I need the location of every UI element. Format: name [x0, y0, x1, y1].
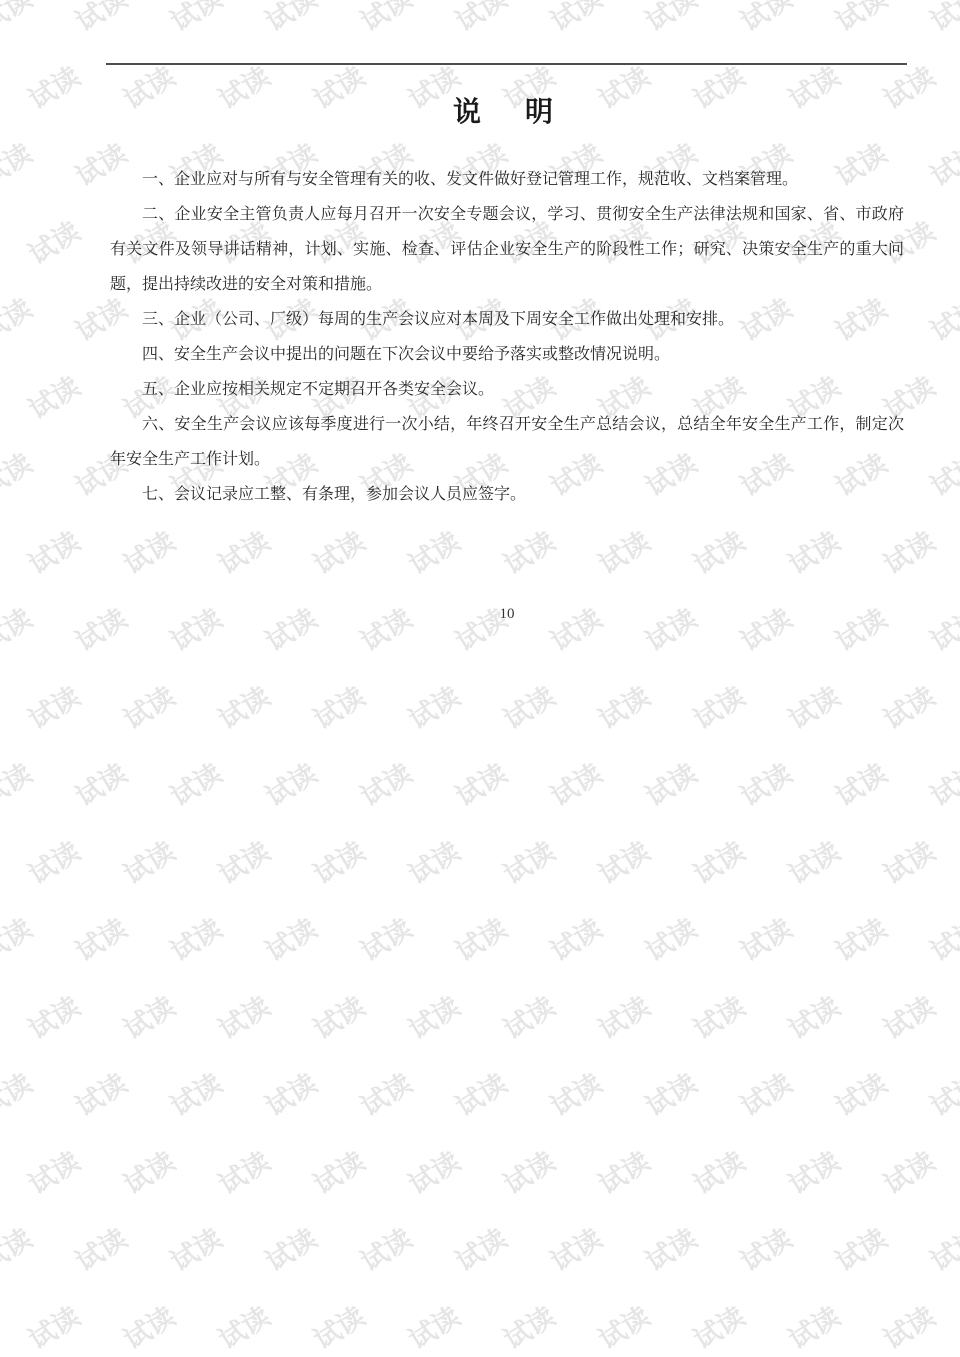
watermark-text: 试读	[922, 907, 960, 969]
watermark-text: 试读	[0, 752, 38, 814]
watermark-text: 试读	[20, 1140, 86, 1202]
watermark-text: 试读	[922, 0, 960, 39]
watermark-text: 试读	[922, 442, 960, 504]
body-paragraph: 二、企业安全主管负责人应每月召开一次安全专题会议，学习、贯彻安全生产法律法规和国…	[110, 197, 904, 302]
watermark-text: 试读	[922, 1062, 960, 1124]
header-rule	[106, 63, 907, 65]
watermark-text: 试读	[20, 55, 86, 117]
watermark-text: 试读	[922, 597, 960, 659]
document-page: 试读试读试读试读试读试读试读试读试读试读试读试读试读试读试读试读试读试读试读试读…	[0, 0, 960, 1357]
watermark-text: 试读	[20, 210, 86, 272]
watermark-text: 试读	[0, 0, 38, 39]
page-content: 说 明 一、企业应对与所有与安全管理有关的收、发文件做好登记管理工作，规范收、文…	[106, 0, 908, 1357]
watermark-text: 试读	[922, 132, 960, 194]
body-paragraph: 七、会议记录应工整、有条理，参加会议人员应签字。	[110, 477, 904, 512]
watermark-text: 试读	[922, 287, 960, 349]
watermark-text: 试读	[0, 132, 38, 194]
body-text: 一、企业应对与所有与安全管理有关的收、发文件做好登记管理工作，规范收、文档案管理…	[110, 162, 904, 512]
watermark-text: 试读	[20, 985, 86, 1047]
watermark-text: 试读	[922, 752, 960, 814]
watermark-text: 试读	[20, 1295, 86, 1357]
watermark-text: 试读	[20, 675, 86, 737]
watermark-text: 试读	[0, 287, 38, 349]
watermark-text: 试读	[20, 365, 86, 427]
body-paragraph: 三、企业（公司、厂级）每周的生产会议应对本周及下周安全工作做出处理和安排。	[110, 302, 904, 337]
body-paragraph: 六、安全生产会议应该每季度进行一次小结，年终召开安全生产总结会议，总结全年安全生…	[110, 407, 904, 477]
watermark-text: 试读	[0, 597, 38, 659]
watermark-text: 试读	[20, 520, 86, 582]
watermark-text: 试读	[0, 907, 38, 969]
watermark-text: 试读	[0, 1062, 38, 1124]
watermark-text: 试读	[0, 442, 38, 504]
page-number: 10	[106, 606, 908, 623]
body-paragraph: 五、企业应按相关规定不定期召开各类安全会议。	[110, 372, 904, 407]
page-title: 说 明	[106, 90, 908, 130]
body-paragraph: 四、安全生产会议中提出的问题在下次会议中要给予落实或整改情况说明。	[110, 337, 904, 372]
watermark-text: 试读	[20, 830, 86, 892]
watermark-text: 试读	[922, 1217, 960, 1279]
watermark-text: 试读	[0, 1217, 38, 1279]
body-paragraph: 一、企业应对与所有与安全管理有关的收、发文件做好登记管理工作，规范收、文档案管理…	[110, 162, 904, 197]
